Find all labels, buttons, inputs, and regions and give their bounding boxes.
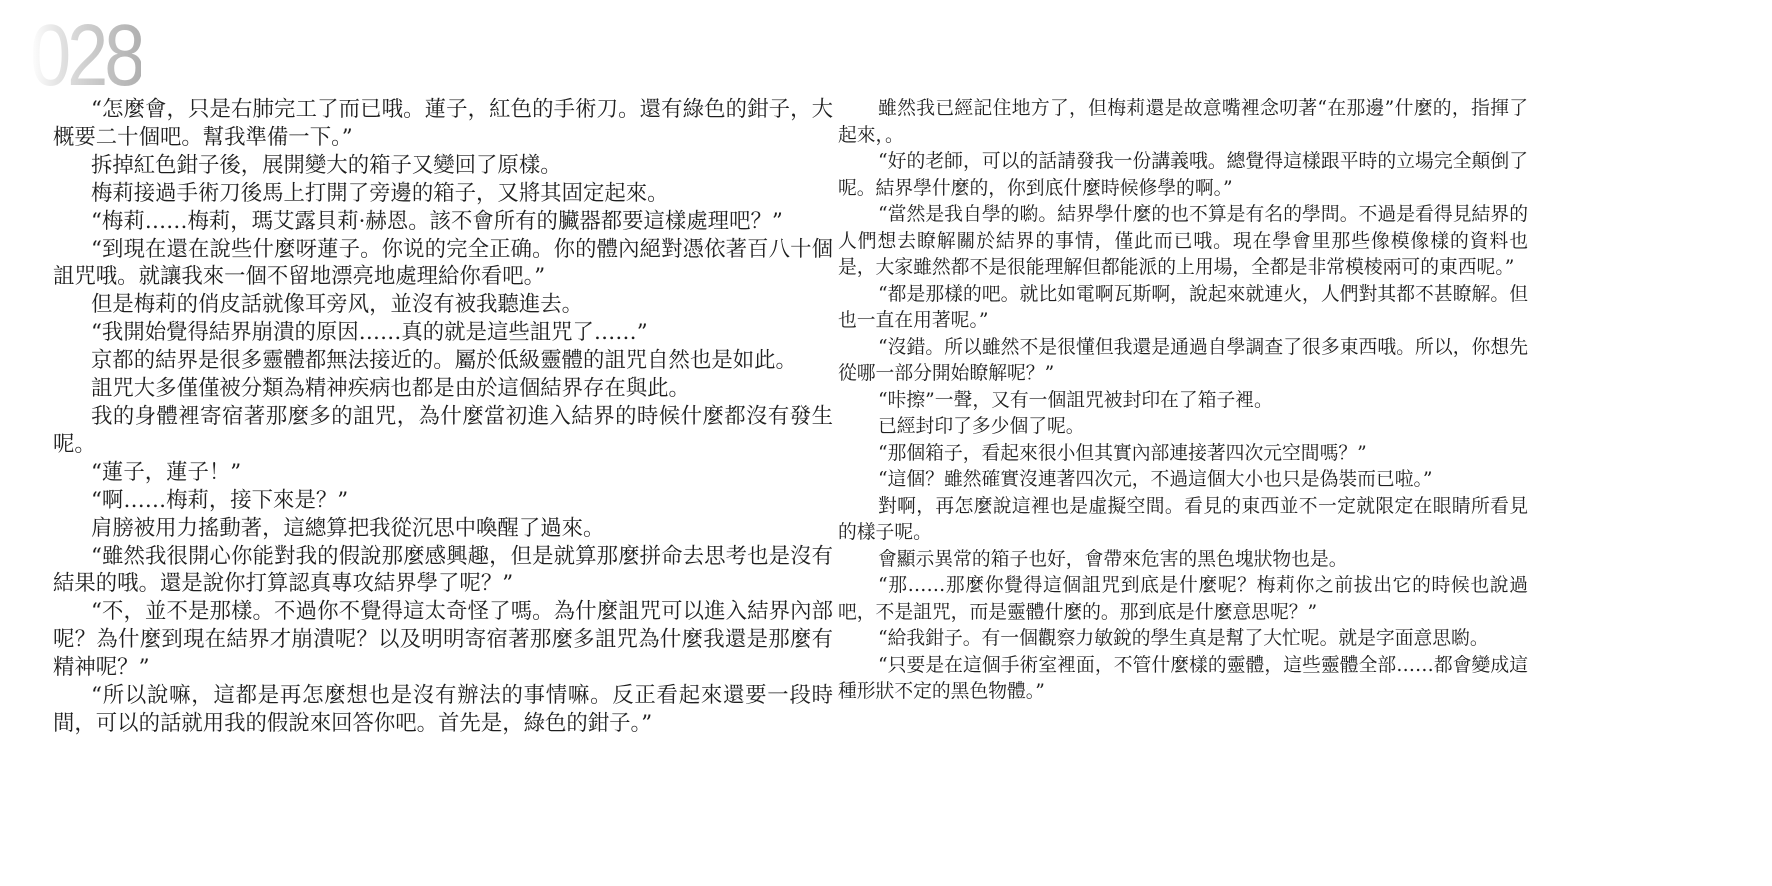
paragraph: “那個箱子，看起來很小但其實內部連接著四次元空間嗎？” [838, 441, 1528, 468]
paragraph: 我的身體裡寄宿著那麼多的詛咒，為什麼當初進入結界的時候什麼都沒有發生呢。 [53, 403, 833, 459]
paragraph: 但是梅莉的俏皮話就像耳旁风，並沒有被我聽進去。 [53, 291, 833, 319]
paragraph: 已經封印了多少個了呢。 [838, 414, 1528, 441]
paragraph: 雖然我已經記住地方了，但梅莉還是故意嘴裡念叨著“在那邊”什麼的，指揮了起來，。 [838, 96, 1528, 149]
paragraph: “好的老師，可以的話請發我一份講義哦。總覺得這樣跟平時的立場完全顛倒了呢。結界學… [838, 149, 1528, 202]
paragraph: “不，並不是那樣。不過你不覺得這太奇怪了嗎。為什麼詛咒可以進入結界內部呢？為什麼… [53, 598, 833, 682]
paragraph: “怎麼會，只是右肺完工了而已哦。蓮子，紅色的手術刀。還有綠色的鉗子，大概要二十個… [53, 96, 833, 152]
paragraph: “這個？雖然確實沒連著四次元，不過這個大小也只是偽裝而已啦。” [838, 467, 1528, 494]
paragraph: “我開始覺得結界崩潰的原因……真的就是這些詛咒了……” [53, 319, 833, 347]
paragraph: “啊……梅莉，接下來是？” [53, 487, 833, 515]
paragraph: “咔擦”一聲，又有一個詛咒被封印在了箱子裡。 [838, 388, 1528, 415]
paragraph: 詛咒大多僅僅被分類為精神疾病也都是由於這個結界存在與此。 [53, 375, 833, 403]
right-page-text: 雖然我已經記住地方了，但梅莉還是故意嘴裡念叨著“在那邊”什麼的，指揮了起來，。 … [838, 96, 1528, 706]
paragraph: “雖然我很開心你能對我的假說那麼感興趣，但是就算那麼拼命去思考也是沒有結果的哦。… [53, 543, 833, 599]
paragraph: 梅莉接過手術刀後馬上打開了旁邊的箱子，又將其固定起來。 [53, 180, 833, 208]
paragraph: “那……那麼你覺得這個詛咒到底是什麼呢？梅莉你之前拔出它的時候也說過吧，不是詛咒… [838, 573, 1528, 626]
page-number: 028 [30, 12, 141, 99]
paragraph: “沒錯。所以雖然不是很懂但我還是通過自學調查了很多東西哦。所以，你想先從哪一部分… [838, 335, 1528, 388]
paragraph: “到現在還在說些什麼呀蓮子。你说的完全正确。你的體內絕對憑依著百八十個詛咒哦。就… [53, 236, 833, 292]
paragraph: “當然是我自學的喲。結界學什麼的也不算是有名的學問。不過是看得見結界的人們想去瞭… [838, 202, 1528, 282]
paragraph: “梅莉……梅莉，瑪艾露貝莉·赫恩。該不會所有的臟器都要這樣處理吧？” [53, 208, 833, 236]
paragraph: 肩膀被用力搖動著，這總算把我從沉思中喚醒了過來。 [53, 515, 833, 543]
paragraph: “給我鉗子。有一個觀察力敏銳的學生真是幫了大忙呢。就是字面意思喲。 [838, 626, 1528, 653]
paragraph: “所以說嘛，這都是再怎麼想也是沒有辦法的事情嘛。反正看起來還要一段時間，可以的話… [53, 682, 833, 738]
paragraph: 京都的結界是很多靈體都無法接近的。屬於低級靈體的詛咒自然也是如此。 [53, 347, 833, 375]
paragraph: 會顯示異常的箱子也好，會帶來危害的黑色塊狀物也是。 [838, 547, 1528, 574]
paragraph: 拆掉紅色鉗子後，展開變大的箱子又變回了原樣。 [53, 152, 833, 180]
paragraph: “蓮子，蓮子！” [53, 459, 833, 487]
left-page-text: “怎麼會，只是右肺完工了而已哦。蓮子，紅色的手術刀。還有綠色的鉗子，大概要二十個… [53, 96, 833, 738]
paragraph: “只要是在這個手術室裡面，不管什麼樣的靈體，這些靈體全部……都會變成這種形狀不定… [838, 653, 1528, 706]
paragraph: 對啊，再怎麼說這裡也是虛擬空間。看見的東西並不一定就限定在眼睛所看見的樣子呢。 [838, 494, 1528, 547]
paragraph: “都是那樣的吧。就比如電啊瓦斯啊，說起來就連火，人們對其都不甚瞭解。但也一直在用… [838, 282, 1528, 335]
